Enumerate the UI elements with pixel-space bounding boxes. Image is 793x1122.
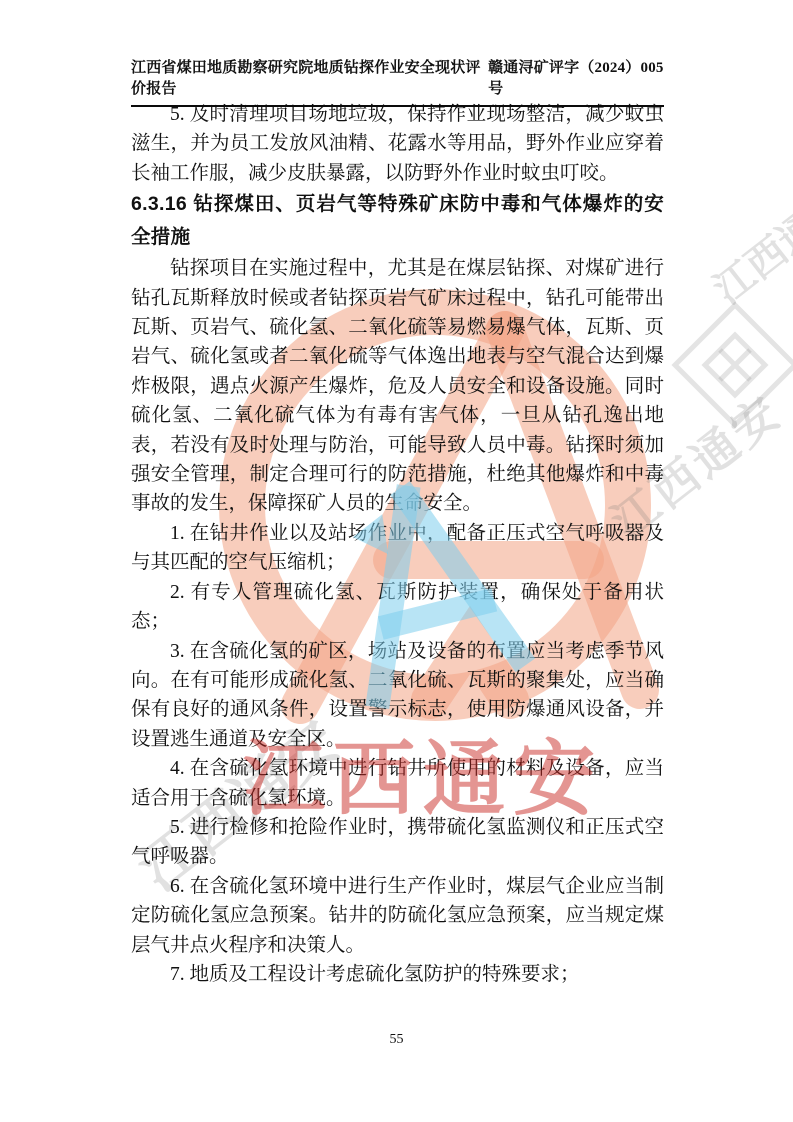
header-doc-number: 赣通浔矿评字（2024）005 号 [488,56,664,98]
page-header: 江西省煤田地质勘察研究院地质钻探作业安全现状评价报告 赣通浔矿评字（2024）0… [131,56,664,107]
list-item: 5. 进行检修和抢险作业时，携带硫化氢监测仪和正压式空气呼吸器。 [131,813,664,872]
gray-diagonal-watermark: 江西通安 [700,171,793,314]
list-item: 3. 在含硫化氢的矿区，场站及设备的布置应当考虑季节风向。在有可能形成硫化氢、二… [131,637,664,755]
section-paragraph: 钻探项目在实施过程中，尤其是在煤层钻探、对煤矿进行钻孔瓦斯释放时候或者钻探页岩气… [131,254,664,519]
list-item: 2. 有专人管理硫化氢、瓦斯防护装置，确保处于备用状态； [131,578,664,637]
page-number: 55 [390,1032,404,1047]
header-report-title: 江西省煤田地质勘察研究院地质钻探作业安全现状评价报告 [131,56,488,98]
document-body: 5. 及时清理项目场地垃圾，保持作业现场整洁，减少蚊虫滋生，并为员工发放风油精、… [131,100,664,989]
document-page: 江西通安 江西通安 江西通安 江西省煤田地质勘察研究院地质钻探作业安全现状评价报… [0,0,793,1122]
list-item: 1. 在钻井作业以及站场作业中，配备正压式空气呼吸器及与其匹配的空气压缩机； [131,519,664,578]
list-item: 7. 地质及工程设计考虑硫化氢防护的特殊要求； [131,960,664,989]
page-footer: 55 [0,1032,793,1048]
section-heading: 6.3.16 钻探煤田、页岩气等特殊矿床防中毒和气体爆炸的安全措施 [131,188,664,254]
list-item: 6. 在含硫化氢环境中进行生产作业时，煤层气企业应当制定防硫化氢应急预案。钻井的… [131,872,664,960]
list-item: 4. 在含硫化氢环境中进行钻井所使用的材料及设备，应当适合用于含硫化氢环境。 [131,754,664,813]
paragraph-intro: 5. 及时清理项目场地垃圾，保持作业现场整洁，减少蚊虫滋生，并为员工发放风油精、… [131,100,664,188]
diamond-watermark [675,305,793,425]
